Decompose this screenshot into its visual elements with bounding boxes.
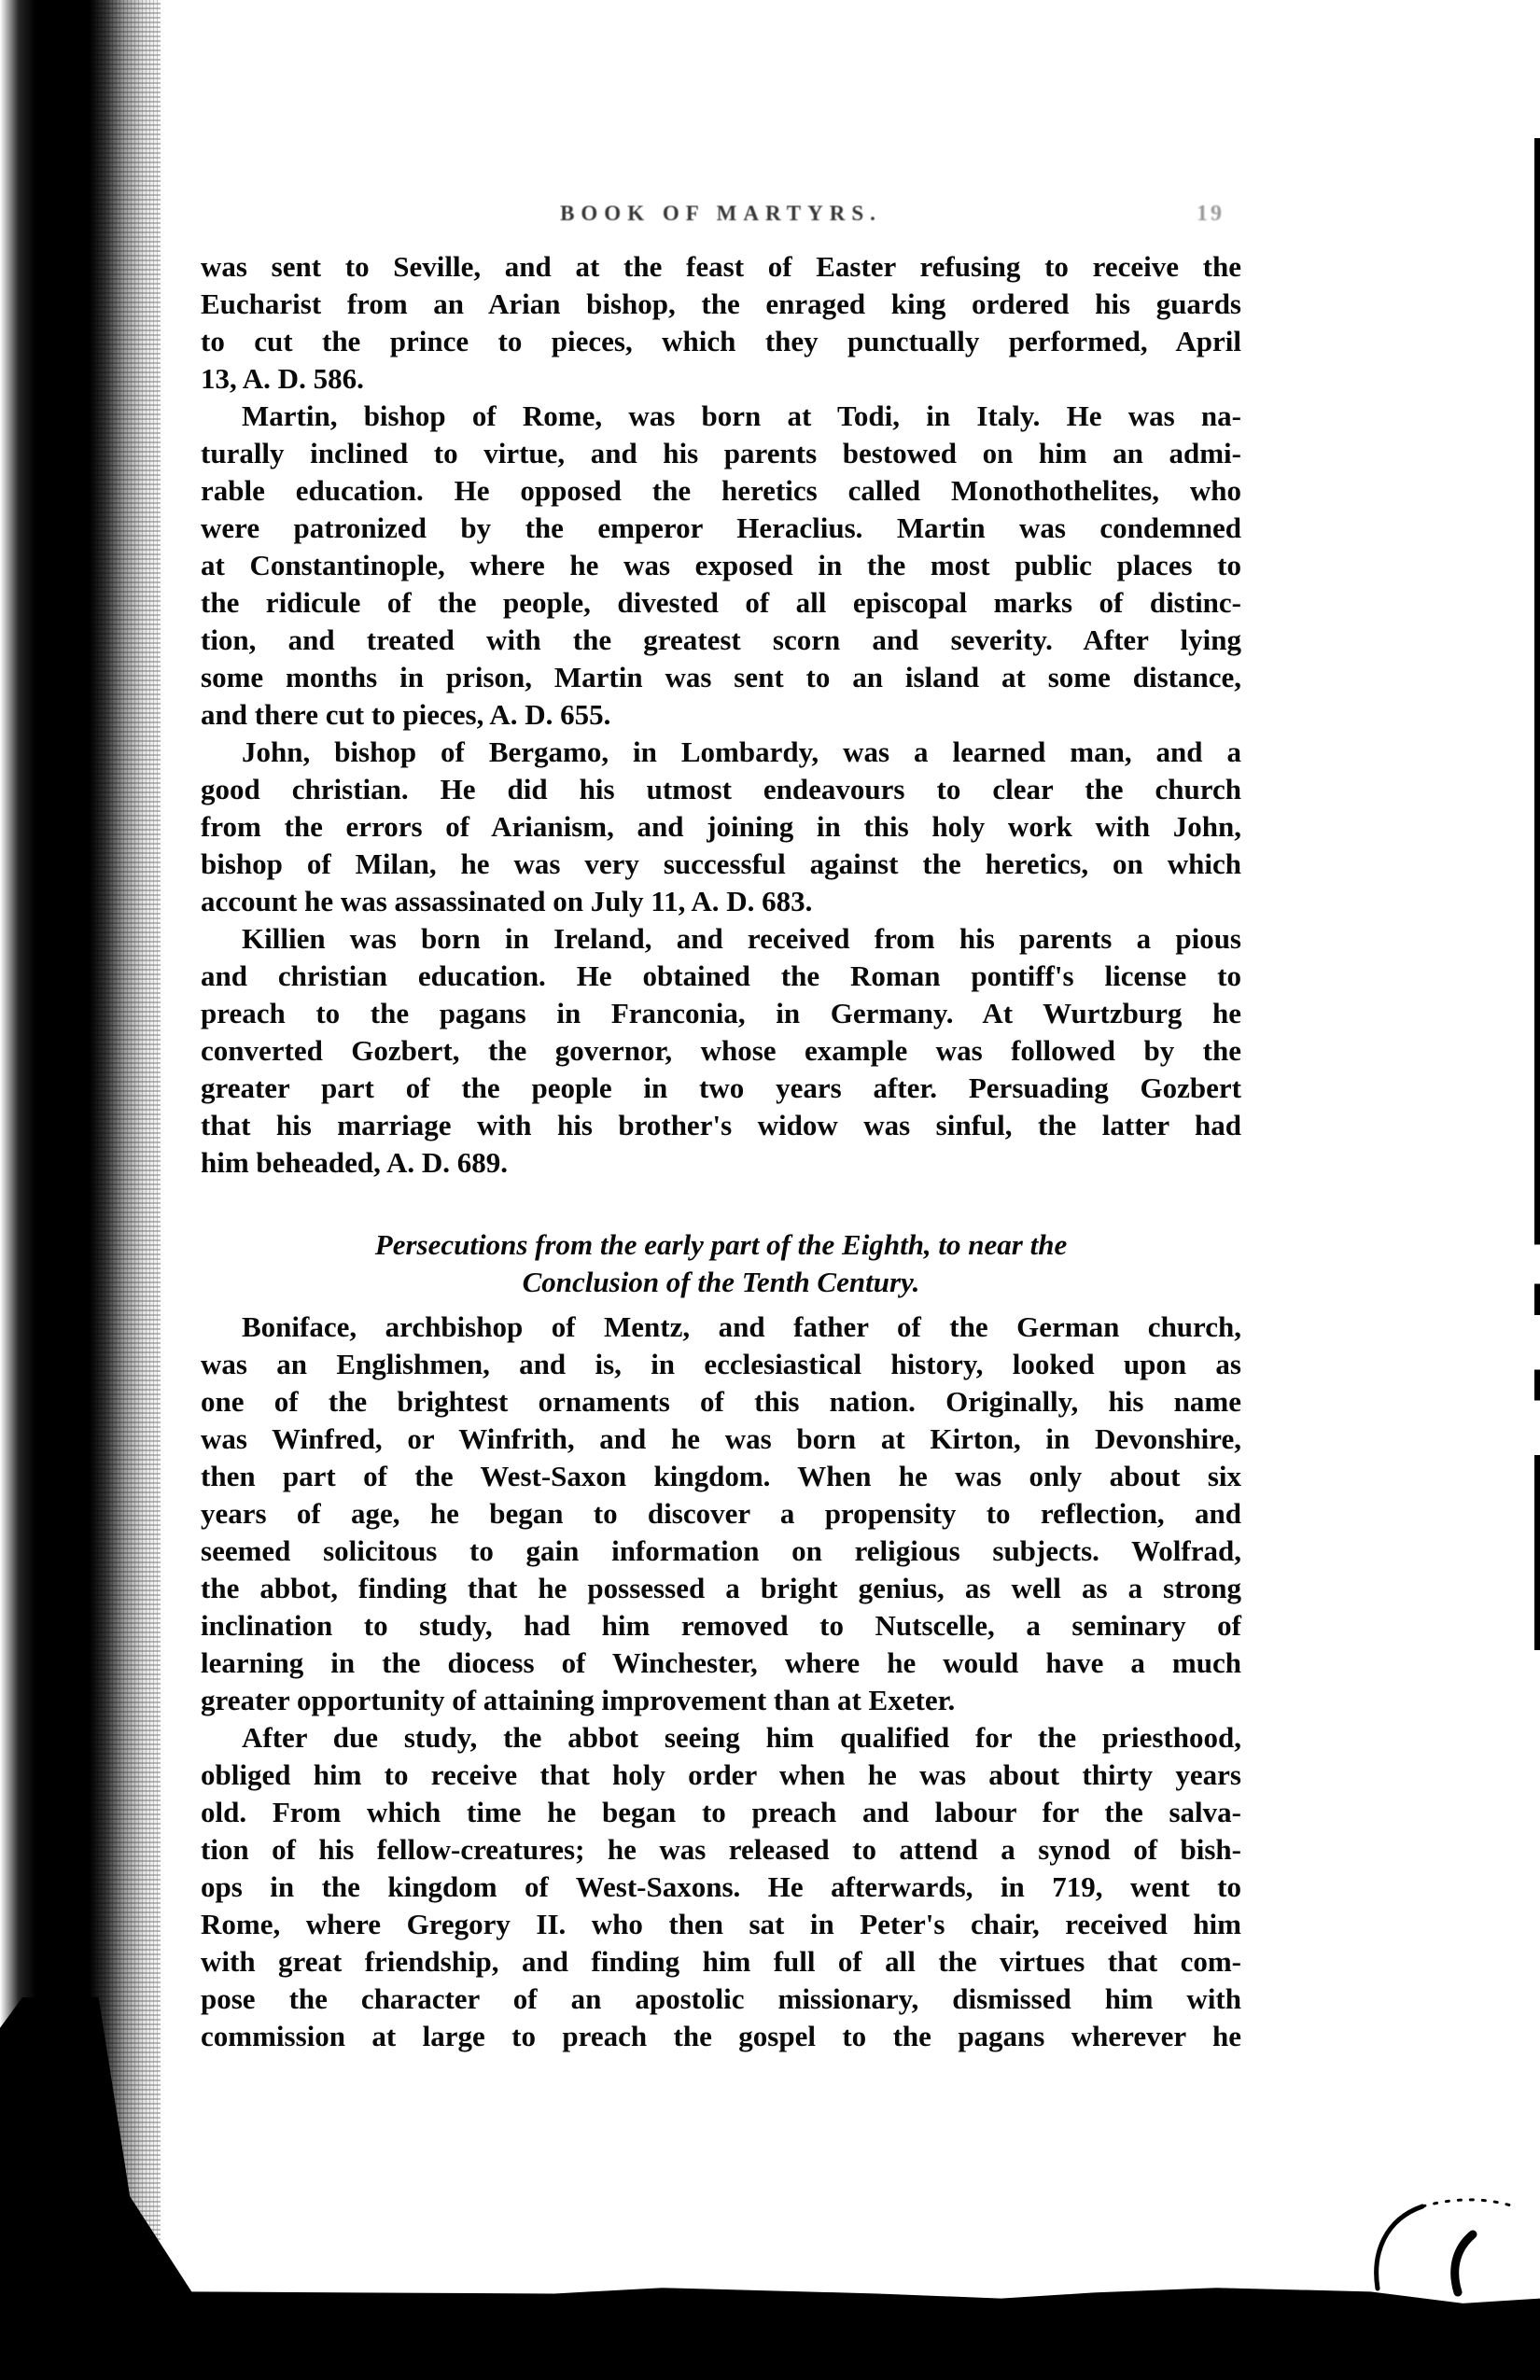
text-line: was an Englishmen, and is, in ecclesiast… — [201, 1346, 1241, 1383]
page-number: 19 — [1197, 202, 1225, 227]
text-line: pose the character of an apostolic missi… — [201, 1981, 1241, 2018]
text-line: from the errors of Arianism, and joining… — [201, 808, 1241, 846]
paragraph-martin: Martin, bishop of Rome, was born at Todi… — [201, 398, 1241, 734]
text-line: years of age, he began to discover a pro… — [201, 1495, 1241, 1533]
text-line: the ridicule of the people, divested of … — [201, 584, 1241, 622]
text-line: was Winfred, or Winfrith, and he was bor… — [201, 1421, 1241, 1458]
section-heading: Persecutions from the early part of the … — [201, 1226, 1241, 1301]
text-line: turally inclined to virtue, and his pare… — [201, 435, 1241, 472]
text-line: was sent to Seville, and at the feast of… — [201, 248, 1241, 286]
text-line: Eucharist from an Arian bishop, the enra… — [201, 286, 1241, 323]
text-line: rable education. He opposed the heretics… — [201, 472, 1241, 510]
text-line: account he was assassinated on July 11, … — [201, 883, 1241, 920]
scanned-book-page: BOOK OF MARTYRS. 19 was sent to Seville,… — [0, 0, 1540, 2380]
paragraph-john: John, bishop of Bergamo, in Lombardy, wa… — [201, 734, 1241, 920]
text-line: ops in the kingdom of West-Saxons. He af… — [201, 1869, 1241, 1906]
text-line: converted Gozbert, the governor, whose e… — [201, 1032, 1241, 1070]
text-line: learning in the diocess of Winchester, w… — [201, 1645, 1241, 1682]
text-line: at Constantinople, where he was exposed … — [201, 547, 1241, 584]
text-line: Killien was born in Ireland, and receive… — [201, 920, 1241, 958]
text-line: Martin, bishop of Rome, was born at Todi… — [201, 398, 1241, 435]
text-line: with great friendship, and finding him f… — [201, 1943, 1241, 1981]
text-line: greater opportunity of attaining improve… — [201, 1682, 1241, 1719]
text-line: commission at large to preach the gospel… — [201, 2018, 1241, 2055]
text-line: good christian. He did his utmost endeav… — [201, 771, 1241, 808]
text-line: tion of his fellow-creatures; he was rel… — [201, 1831, 1241, 1869]
text-line: preach to the pagans in Franconia, in Ge… — [201, 995, 1241, 1032]
text-line: some months in prison, Martin was sent t… — [201, 659, 1241, 696]
text-line: obliged him to receive that holy order w… — [201, 1757, 1241, 1794]
text-block: was sent to Seville, and at the feast of… — [201, 248, 1241, 2055]
text-line: him beheaded, A. D. 689. — [201, 1144, 1241, 1182]
text-line: tion, and treated with the greatest scor… — [201, 622, 1241, 659]
text-line: greater part of the people in two years … — [201, 1070, 1241, 1107]
text-line: bishop of Milan, he was very successful … — [201, 846, 1241, 883]
scan-edge-right — [1534, 138, 1540, 1697]
text-line: Rome, where Gregory II. who then sat in … — [201, 1906, 1241, 1943]
text-line: Boniface, archbishop of Mentz, and fathe… — [201, 1309, 1241, 1346]
text-line: to cut the prince to pieces, which they … — [201, 323, 1241, 360]
text-line: 13, A. D. 586. — [201, 360, 1241, 398]
text-line: After due study, the abbot seeing him qu… — [201, 1719, 1241, 1757]
pen-mark-curves — [1365, 2195, 1537, 2312]
paragraph-seville: was sent to Seville, and at the feast of… — [201, 248, 1241, 398]
text-line: then part of the West-Saxon kingdom. Whe… — [201, 1458, 1241, 1495]
text-line: John, bishop of Bergamo, in Lombardy, wa… — [201, 734, 1241, 771]
text-line: the abbot, finding that he possessed a b… — [201, 1570, 1241, 1607]
running-head-title: BOOK OF MARTYRS. — [201, 202, 1241, 226]
text-line: and there cut to pieces, A. D. 655. — [201, 696, 1241, 734]
section-heading-line: Persecutions from the early part of the … — [201, 1226, 1241, 1264]
text-line: one of the brightest ornaments of this n… — [201, 1383, 1241, 1421]
paragraph-boniface: Boniface, archbishop of Mentz, and fathe… — [201, 1309, 1241, 1719]
scan-edge-bottom — [0, 2283, 1540, 2380]
text-line: seemed solicitous to gain information on… — [201, 1533, 1241, 1570]
text-line: were patronized by the emperor Heraclius… — [201, 510, 1241, 547]
paragraph-after-due-study: After due study, the abbot seeing him qu… — [201, 1719, 1241, 2055]
text-line: and christian education. He obtained the… — [201, 958, 1241, 995]
text-line: that his marriage with his brother's wid… — [201, 1107, 1241, 1144]
paragraph-killien: Killien was born in Ireland, and receive… — [201, 920, 1241, 1182]
section-heading-line: Conclusion of the Tenth Century. — [201, 1264, 1241, 1301]
text-line: inclination to study, had him removed to… — [201, 1607, 1241, 1645]
text-line: old. From which time he began to preach … — [201, 1794, 1241, 1831]
